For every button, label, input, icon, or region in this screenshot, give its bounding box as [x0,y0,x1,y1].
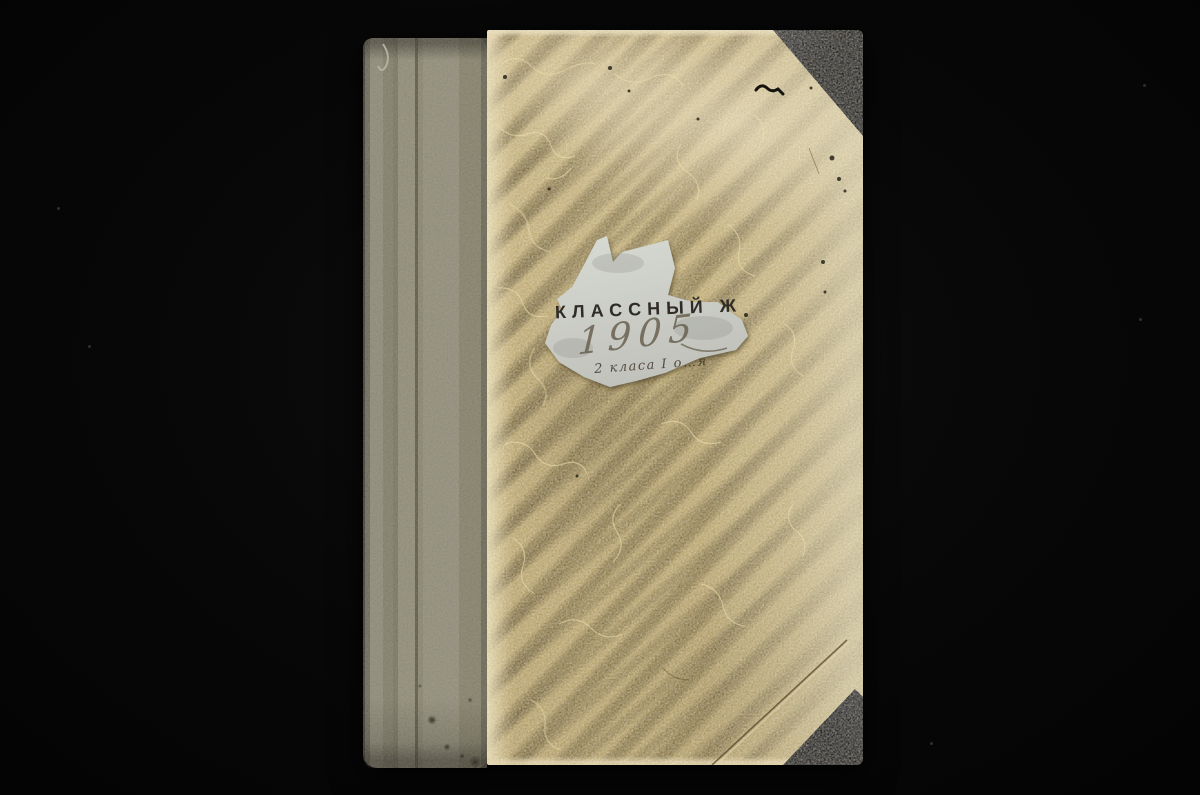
dust-speck [930,742,933,745]
dust-speck [88,345,91,348]
journal-book: КЛАССНЫЙ Ж 1905 2 клаcа I о…я [363,28,863,773]
dust-speck [1139,318,1142,321]
book-spine [363,38,487,768]
corner-protector-top-right [743,30,863,150]
corner-protector-bottom-right [753,655,863,765]
dust-speck [1143,84,1146,87]
book-cover [487,30,863,765]
dust-speck [57,207,60,210]
photo-backdrop: КЛАССНЫЙ Ж 1905 2 клаcа I о…я [0,0,1200,795]
